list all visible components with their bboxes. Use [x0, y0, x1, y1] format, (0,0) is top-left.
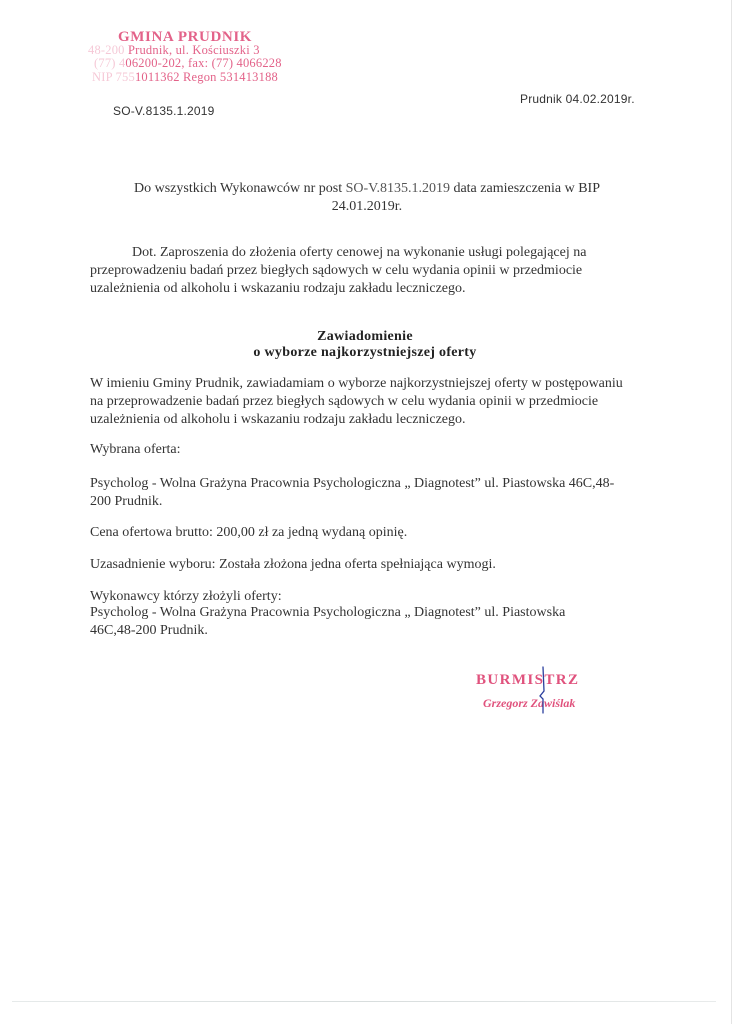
signature-title: BURMISTRZ [476, 672, 579, 689]
document-page: GMINA PRUDNIK 48-200 Prudnik, ul. Kościu… [0, 0, 734, 1024]
addressee: Do wszystkich Wykonawców nr post SO-V.81… [100, 180, 634, 216]
offer-price: Cena ofertowa brutto: 200,00 zł za jedną… [90, 524, 630, 542]
page-bottom-rule [12, 1001, 716, 1002]
intro-paragraph: W imieniu Gminy Prudnik, zawiadamiam o w… [90, 375, 630, 429]
place-date: Prudnik 04.02.2019r. [520, 92, 635, 106]
page-edge [731, 0, 732, 1024]
stamp-nip-regon: NIP 7551011362 Regon 531413188 [92, 70, 278, 85]
notice-heading: Zawiadomienie o wyborze najkorzystniejsz… [240, 329, 490, 361]
reference-number: SO-V.8135.1.2019 [113, 104, 215, 118]
justification: Uzasadnienie wyboru: Została złożona jed… [90, 556, 630, 574]
chosen-offer-label: Wybrana oferta: [90, 441, 630, 459]
addressee-date: 24.01.2019r. [332, 199, 402, 214]
stamp-phone-fax: (77) 406200-202, fax: (77) 4066228 [94, 56, 282, 71]
handwritten-signature-icon [529, 665, 559, 715]
bidders-list: Psycholog - Wolna Grażyna Pracownia Psyc… [90, 604, 610, 640]
subject-paragraph: Dot. Zaproszenia do złożenia oferty ceno… [90, 244, 614, 298]
chosen-offer: Psycholog - Wolna Grażyna Pracownia Psyc… [90, 475, 635, 511]
addressee-ref: SO-V.8135.1.2019 [346, 181, 450, 196]
mayor-signature-stamp: BURMISTRZ Grzegorz Zawiślak [476, 672, 579, 711]
